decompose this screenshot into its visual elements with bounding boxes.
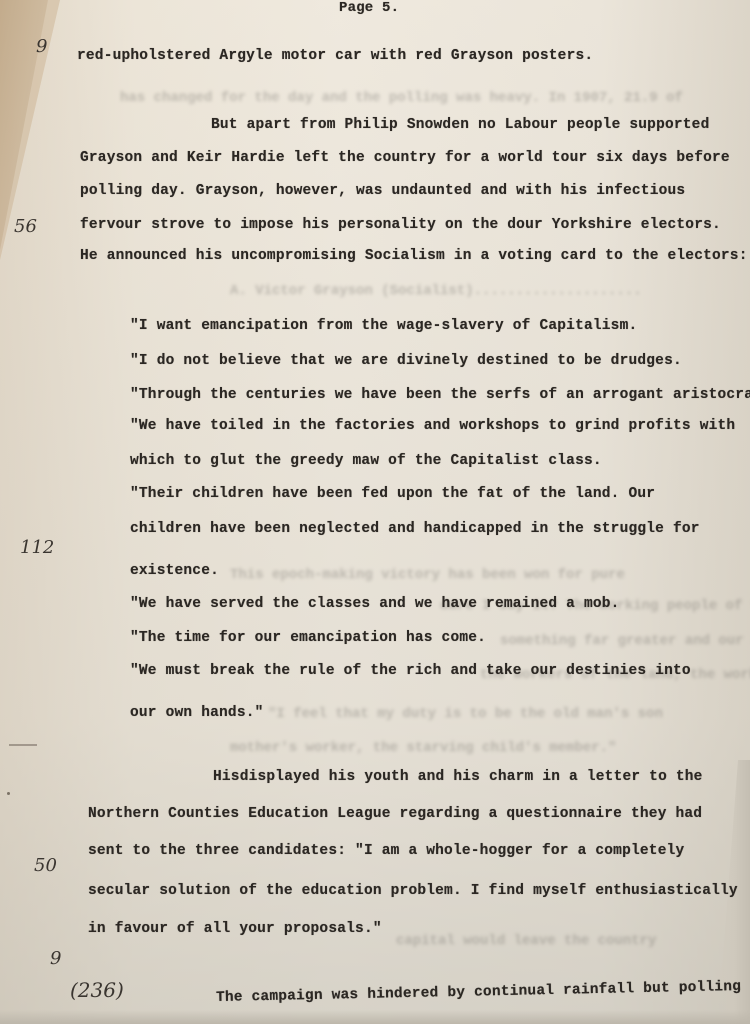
text-line: But apart from Philip Snowden no Labour … [211,117,709,133]
text-line: fervour strove to impose his personality… [80,217,721,233]
quote-line: "I do not believe that we are divinely d… [130,353,682,369]
text-line: sent to the three candidates: "I am a wh… [88,843,684,859]
quote-line: "Their children have been fed upon the f… [130,486,655,502]
quote-line: "Through the centuries we have been the … [130,387,750,403]
text-line: Grayson and Keir Hardie left the country… [80,150,730,166]
bleed-through-text: something far greater and our Socialism … [500,633,750,649]
quote-line: our own hands." [130,705,264,721]
quote-line: "We have served the classes and we have … [130,596,620,612]
quote-line: children have been neglected and handica… [130,521,700,537]
text-line: He announced his uncompromising Socialis… [80,248,748,264]
margin-note: 9 [36,36,47,57]
text-line: The campaign was hindered by continual r… [216,979,741,1006]
margin-note: 56 [14,216,37,237]
quote-line: which to glut the greedy maw of the Capi… [130,453,602,469]
text-line: polling day. Grayson, however, was undau… [80,183,685,199]
quote-line: "We have toiled in the factories and wor… [130,418,735,434]
text-line: Hisdisplayed his youth and his charm in … [213,769,703,785]
bleed-through-text: This epoch-making victory has been won f… [230,567,625,583]
quote-line: existence. [130,563,219,579]
page-edge-bottom [0,1010,750,1024]
bleed-through-text: "I feel that my duty is to be the old ma… [268,706,663,722]
quote-line: "We must break the rule of the rich and … [130,663,691,679]
margin-dot [7,792,10,795]
document-page: has changed for the day and the polling … [0,0,750,1024]
text-line: in favour of all your proposals." [88,921,382,937]
margin-mark [9,744,37,746]
quote-line: "The time for our emancipation has come. [130,630,486,646]
bleed-through-text: has changed for the day and the polling … [120,90,683,106]
bleed-through-text: A. Victor Grayson (Socialist)...........… [230,283,642,299]
quote-line: "I want emancipation from the wage-slave… [130,318,637,334]
text-line: secular solution of the education proble… [88,883,738,899]
margin-note: 50 [34,855,57,876]
text-line: red-upholstered Argyle motor car with re… [77,48,593,64]
bleed-through-text: capital would leave the country [396,933,656,949]
page-header: Page 5. [339,0,399,16]
margin-note: 112 [20,537,54,558]
text-line: Northern Counties Education League regar… [88,806,702,822]
margin-note: (236) [70,978,124,1002]
bleed-through-text: mother's worker, the starving child's me… [230,740,616,756]
margin-note: 9 [50,948,61,969]
